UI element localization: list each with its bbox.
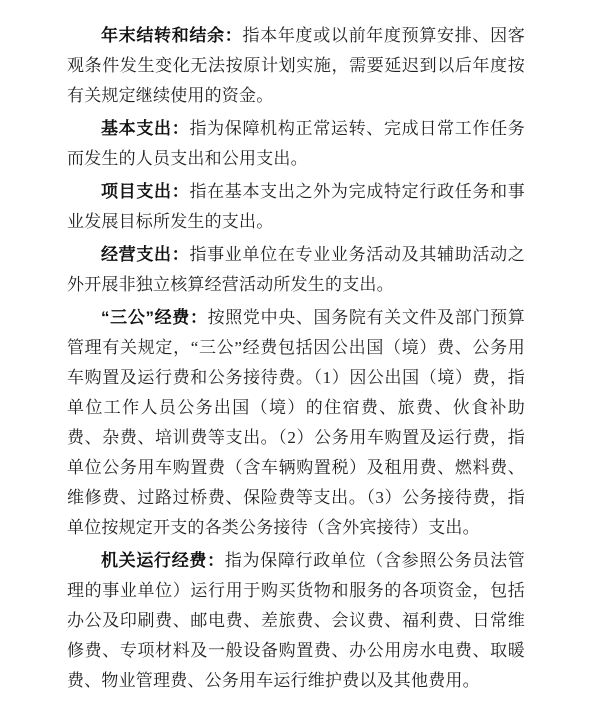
paragraph-basic-expenditure: 基本支出：指为保障机构正常运转、完成日常工作任务而发生的人员支出和公用支出。 (67, 114, 525, 174)
definition-text: 指为保障行政单位（含参照公务员法管理的事业单位）运行用于购买货物和服务的各项资金… (67, 551, 525, 690)
paragraph-three-public-funds: “三公”经费：按照党中央、国务院有关文件及部门预算管理有关规定，“三公”经费包括… (67, 303, 525, 543)
glossary-text-block: 年末结转和结余：指本年度或以前年度预算安排、因客观条件发生变化无法按原计划实施，… (67, 21, 525, 696)
term-label: 项目支出： (101, 182, 189, 201)
term-label: 年末结转和结余： (101, 26, 243, 45)
paragraph-operating-expenditure: 经营支出：指事业单位在专业业务活动及其辅助活动之外开展非独立核算经营活动所发生的… (67, 240, 525, 300)
definition-text: 按照党中央、国务院有关文件及部门预算管理有关规定，“三公”经费包括因公出国（境）… (67, 308, 525, 537)
document-page: 年末结转和结余：指本年度或以前年度预算安排、因客观条件发生变化无法按原计划实施，… (0, 0, 589, 724)
term-label: 基本支出： (101, 119, 189, 138)
paragraph-year-end-carryover: 年末结转和结余：指本年度或以前年度预算安排、因客观条件发生变化无法按原计划实施，… (67, 21, 525, 111)
paragraph-project-expenditure: 项目支出：指在基本支出之外为完成特定行政任务和事业发展目标所发生的支出。 (67, 177, 525, 237)
paragraph-agency-operating-funds: 机关运行经费：指为保障行政单位（含参照公务员法管理的事业单位）运行用于购买货物和… (67, 546, 525, 696)
term-label: “三公”经费： (101, 308, 208, 327)
term-label: 经营支出： (101, 245, 189, 264)
term-label: 机关运行经费： (101, 551, 225, 570)
